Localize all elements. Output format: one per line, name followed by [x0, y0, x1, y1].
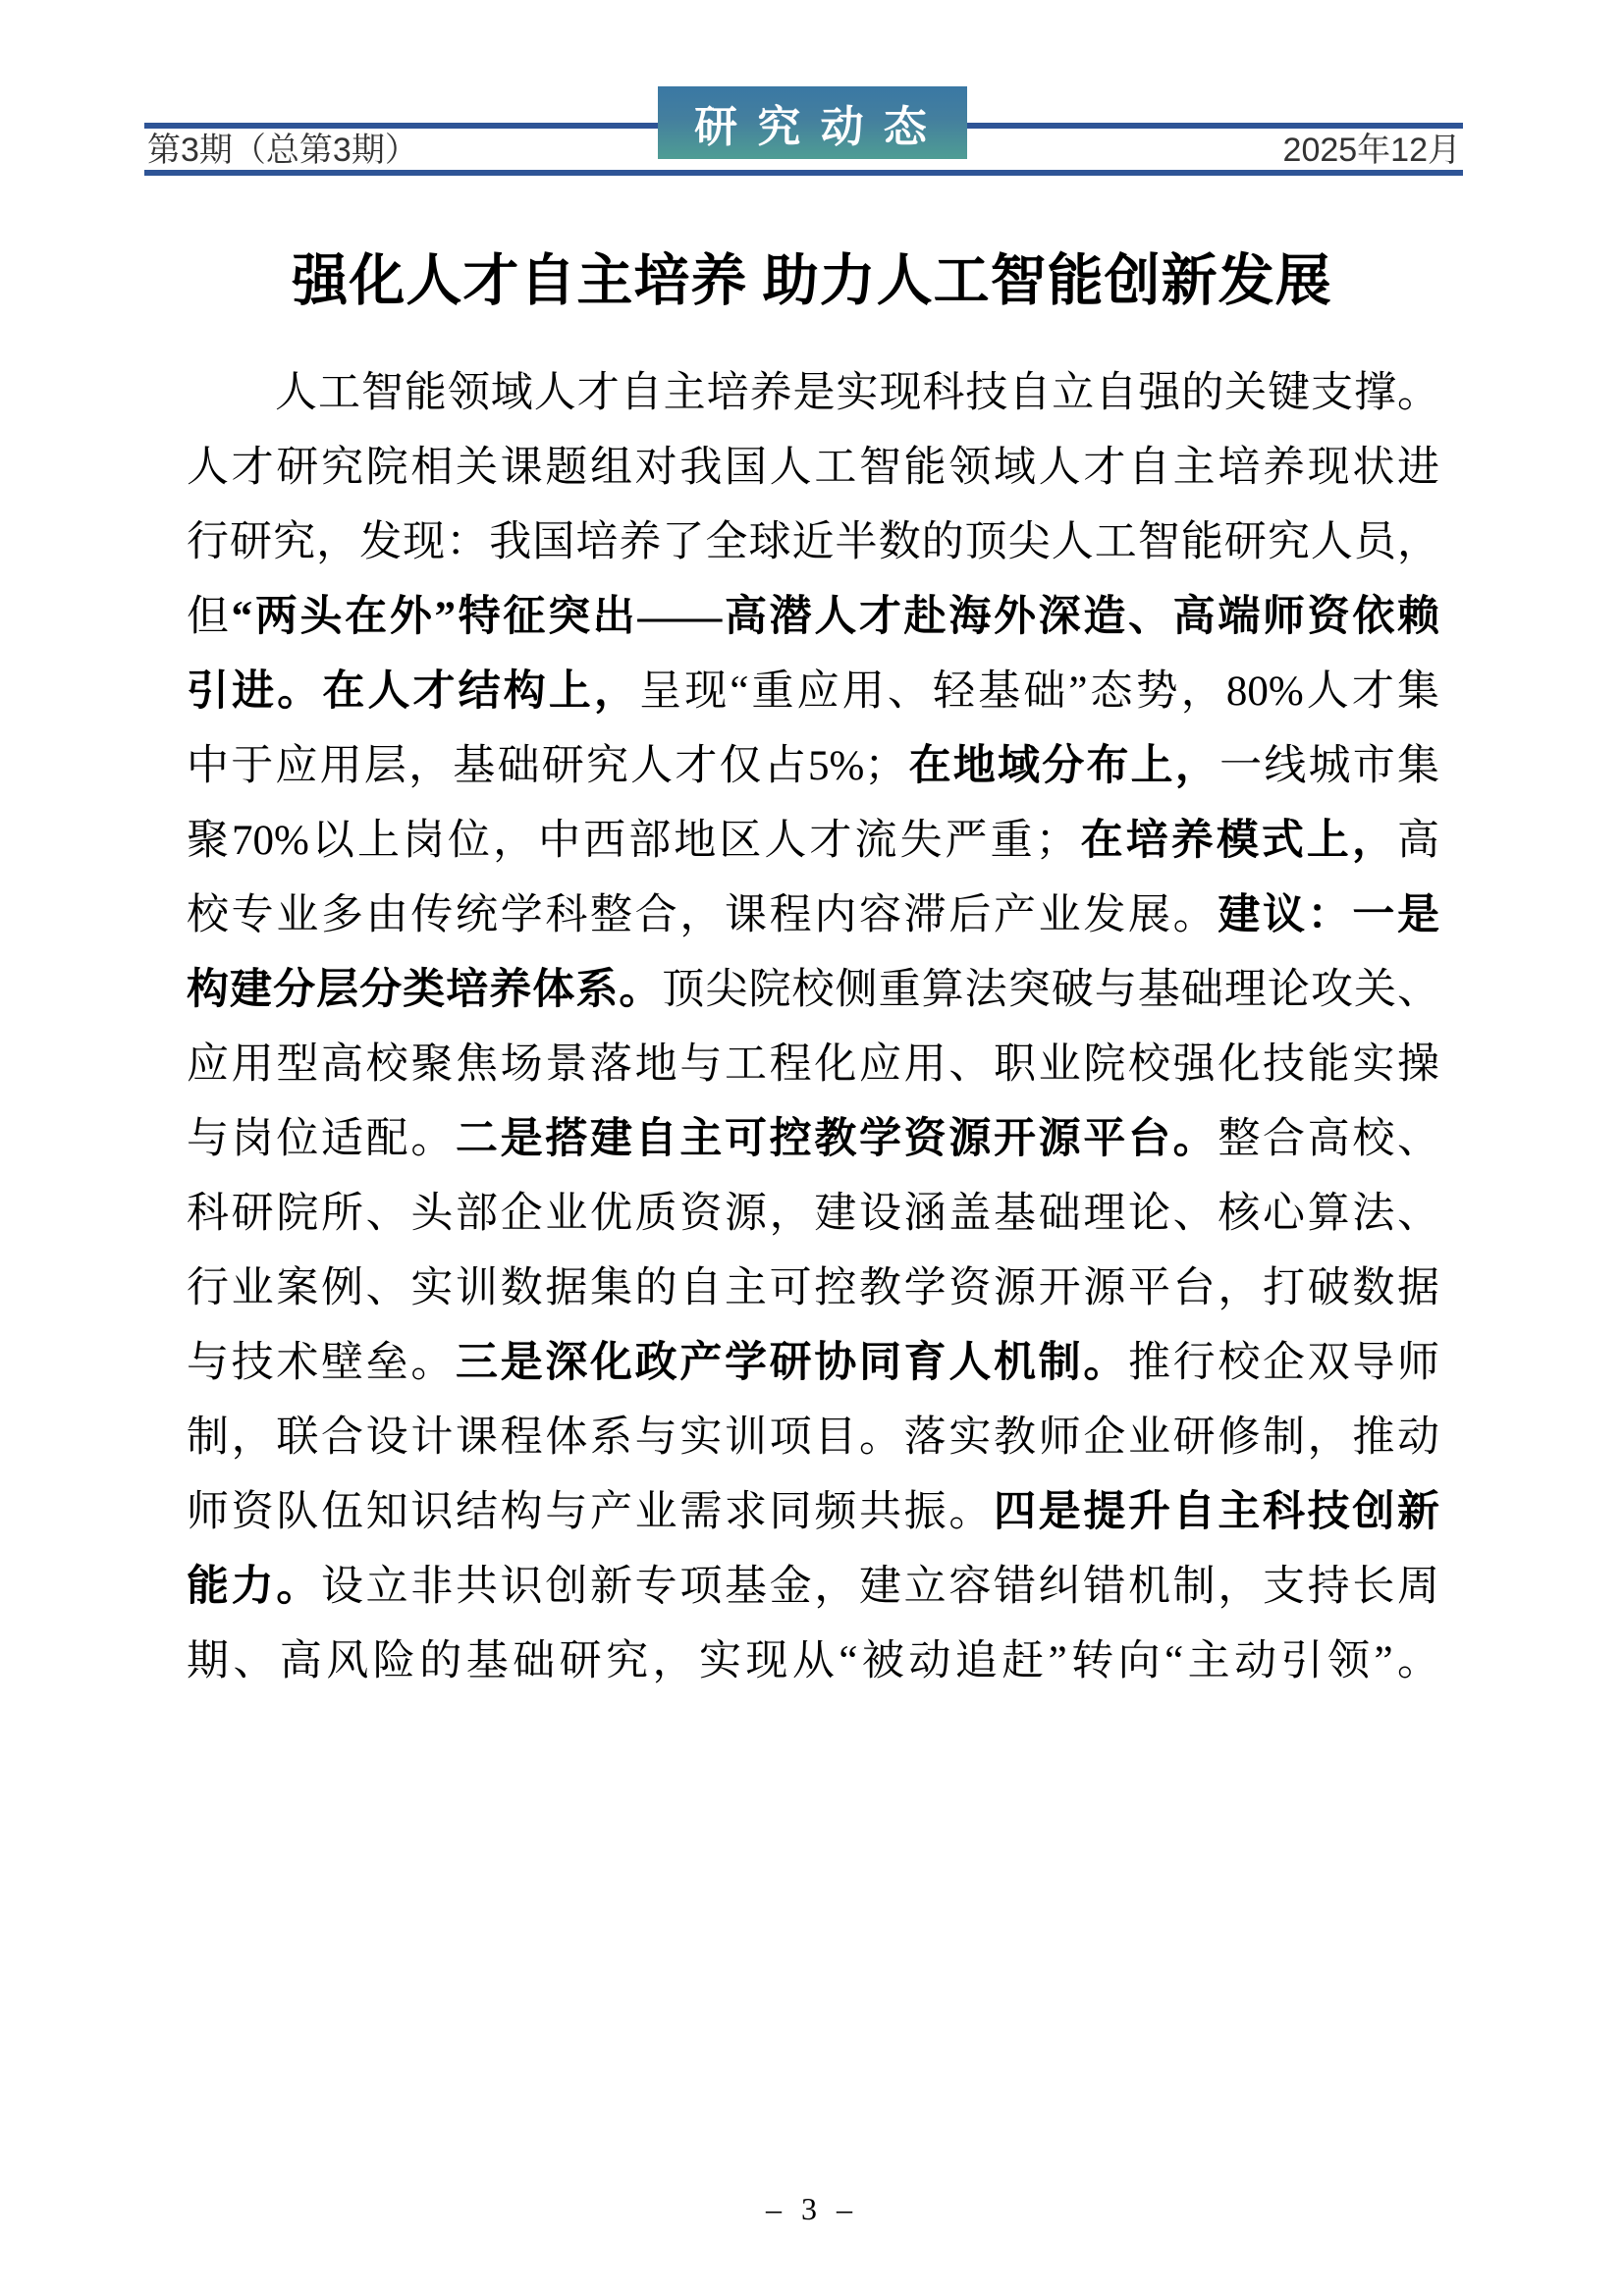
- body-line: 人工智能领域人才自主培养是实现科技自立自强的关键支撑。: [187, 356, 1439, 431]
- masthead-banner: 研 究 动 态: [658, 86, 967, 159]
- body-line: 行业案例、实训数据集的自主可控教学资源开源平台，打破数据: [187, 1252, 1439, 1326]
- text-segment: 一线城市集: [1219, 743, 1439, 789]
- text-segment: 制，联合设计课程体系与实训项目。落实教师企业研修制，推动: [187, 1415, 1439, 1461]
- text-segment: 推行校企双导师: [1128, 1340, 1439, 1386]
- text-segment-bold: 引进。在人才结构上，: [187, 668, 639, 715]
- text-segment: 聚70%以上岗位，中西部地区人才流失严重；: [187, 818, 1078, 864]
- body-line: 科研院所、头部企业优质资源，建设涵盖基础理论、核心算法、: [187, 1177, 1439, 1252]
- text-segment: 人才研究院相关课题组对我国人工智能领域人才自主培养现状进: [187, 445, 1439, 491]
- body-line: 人才研究院相关课题组对我国人工智能领域人才自主培养现状进: [187, 431, 1439, 506]
- article-title: 强化人才自主培养 助力人工智能创新发展: [0, 236, 1624, 316]
- text-segment: 整合高校、: [1218, 1116, 1439, 1162]
- body-line: 期、高风险的基础研究，实现从“被动追赶”转向“主动引领”。: [187, 1625, 1439, 1699]
- text-segment-bold: 在地域分布上，: [906, 743, 1219, 789]
- text-segment: 行研究，发现：我国培养了全球近半数的顶尖人工智能研究人员，: [187, 519, 1439, 565]
- body-line: 师资队伍知识结构与产业需求同频共振。四是提升自主科技创新: [187, 1475, 1439, 1550]
- issue-date: 2025年12月: [1283, 127, 1461, 170]
- body-line: 制，联合设计课程体系与实训项目。落实教师企业研修制，推动: [187, 1401, 1439, 1475]
- body-line: 中于应用层，基础研究人才仅占5%；在地域分布上，一线城市集: [187, 729, 1439, 804]
- text-segment-bold: 在培养模式上，: [1078, 818, 1397, 864]
- body-line: 引进。在人才结构上，呈现“重应用、轻基础”态势，80%人才集: [187, 655, 1439, 729]
- body-line: 与岗位适配。二是搭建自主可控教学资源开源平台。整合高校、: [187, 1102, 1439, 1177]
- text-segment: 校专业多由传统学科整合，课程内容滞后产业发展。: [187, 892, 1218, 938]
- text-segment-bold: 构建分层分类培养体系。: [187, 967, 662, 1013]
- text-segment-bold: 四是提升自主科技创新: [994, 1489, 1439, 1535]
- body-line: 构建分层分类培养体系。顶尖院校侧重算法突破与基础理论攻关、: [187, 953, 1439, 1028]
- issue-number: 第3期（总第3期）: [147, 127, 418, 170]
- body-line: 应用型高校聚焦场景落地与工程化应用、职业院校强化技能实操: [187, 1028, 1439, 1102]
- newsletter-page: 研 究 动 态 第3期（总第3期） 2025年12月 强化人才自主培养 助力人工…: [0, 0, 1624, 2296]
- text-segment: 行业案例、实训数据集的自主可控教学资源开源平台，打破数据: [187, 1265, 1439, 1311]
- text-segment: 应用型高校聚焦场景落地与工程化应用、职业院校强化技能实操: [187, 1041, 1439, 1088]
- text-segment: 与岗位适配。: [187, 1116, 456, 1162]
- text-segment: 中于应用层，基础研究人才仅占5%；: [187, 743, 906, 789]
- text-segment-bold: 三是深化政产学研协同育人机制。: [456, 1340, 1128, 1386]
- body-line: 但“两头在外”特征突出——高潜人才赴海外深造、高端师资依赖: [187, 580, 1439, 655]
- body-line: 与技术壁垒。三是深化政产学研协同育人机制。推行校企双导师: [187, 1326, 1439, 1401]
- body-line: 能力。设立非共识创新专项基金，建立容错纠错机制，支持长周: [187, 1550, 1439, 1625]
- text-segment: 但: [187, 594, 232, 640]
- text-segment-bold: 二是搭建自主可控教学资源开源平台。: [456, 1116, 1218, 1162]
- text-segment: 人工智能领域人才自主培养是实现科技自立自强的关键支撑。: [275, 370, 1439, 416]
- text-segment: 呈现“重应用、轻基础”态势，80%人才集: [639, 668, 1439, 715]
- text-segment: 顶尖院校侧重算法突破与基础理论攻关、: [662, 967, 1439, 1013]
- body-line: 聚70%以上岗位，中西部地区人才流失严重；在培养模式上，高: [187, 804, 1439, 879]
- text-segment-bold: 能力。: [187, 1564, 321, 1610]
- text-segment: 与技术壁垒。: [187, 1340, 456, 1386]
- header-rule-bottom: [144, 170, 1463, 176]
- text-segment: 师资队伍知识结构与产业需求同频共振。: [187, 1489, 994, 1535]
- page-number: – 3 –: [0, 2191, 1624, 2227]
- masthead-title: 研 究 动 态: [694, 91, 931, 154]
- body-line: 校专业多由传统学科整合，课程内容滞后产业发展。建议：一是: [187, 879, 1439, 953]
- text-segment: 设立非共识创新专项基金，建立容错纠错机制，支持长周: [321, 1564, 1439, 1610]
- text-segment: 科研院所、头部企业优质资源，建设涵盖基础理论、核心算法、: [187, 1191, 1439, 1237]
- body-line: 行研究，发现：我国培养了全球近半数的顶尖人工智能研究人员，: [187, 506, 1439, 580]
- article-body: 人工智能领域人才自主培养是实现科技自立自强的关键支撑。 人才研究院相关课题组对我…: [187, 356, 1439, 1699]
- text-segment-bold: “两头在外”特征突出——高潜人才赴海外深造、高端师资依赖: [232, 594, 1439, 640]
- text-segment: 高: [1397, 818, 1439, 864]
- text-segment-bold: 建议：一是: [1218, 892, 1439, 938]
- text-segment: 期、高风险的基础研究，实现从“被动追赶”转向“主动引领”。: [187, 1638, 1439, 1684]
